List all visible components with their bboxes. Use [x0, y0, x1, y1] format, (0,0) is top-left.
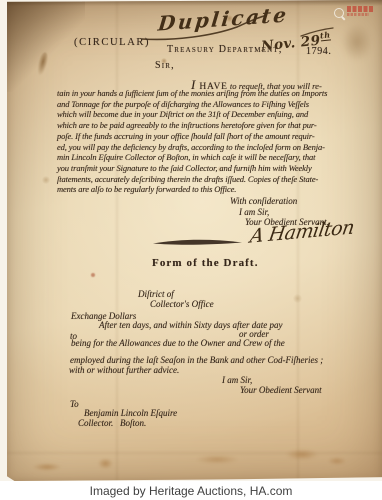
draft-to-label: To	[70, 399, 79, 409]
body-line: ments are alſo to be regularly forwarded…	[57, 184, 327, 195]
body-line: ſtatements, accurately deſcribing therei…	[57, 174, 327, 185]
closing-consideration: With conſideration	[230, 196, 297, 206]
stain	[196, 455, 238, 464]
body-line: poſe. If the funds accruing in your offi…	[57, 131, 327, 142]
stain	[328, 457, 346, 465]
stain	[341, 22, 373, 62]
body-line: min Lincoln Eſquire Collector of Boſton,…	[57, 152, 327, 163]
letter-body: tain in your hands a ſufficient ſum of t…	[57, 88, 327, 195]
body-line: you tranſmit your Signature to the ſaid …	[57, 163, 327, 174]
paper-top-edge-shadow	[7, 0, 382, 6]
circular-label: (CIRCULAR)	[74, 37, 150, 48]
signature-flourish-rule	[152, 238, 244, 248]
stain	[286, 449, 318, 460]
body-line: which are to be paid agreeably to the in…	[57, 120, 327, 131]
body-line: and Tonnage for the purpoſe of diſchargi…	[57, 99, 327, 110]
date-flourish-stroke	[300, 26, 334, 38]
duplicate-underline-swash	[140, 14, 266, 42]
draft-employed-line: employed during the laſt Seaſon in the B…	[70, 355, 323, 365]
stain	[293, 294, 302, 303]
draft-addressee-name: Benjamin Lincoln Eſquire	[84, 408, 177, 418]
stain	[98, 458, 113, 469]
photo-credit-text: Imaged by Heritage Auctions, HA.com	[90, 484, 293, 498]
stain	[42, 176, 50, 184]
draft-advice-line: with or without further advice.	[69, 365, 179, 375]
auction-photo: Duplicate (CIRCULAR) Treasury Department…	[0, 0, 382, 500]
salutation: Sir,	[155, 60, 175, 71]
draft-being-line: being for the Allowances due to the Owne…	[71, 338, 285, 348]
body-line: tain in your hands a ſufficient ſum of t…	[57, 88, 327, 99]
draft-servant: Your Obedient Servant	[240, 385, 322, 395]
body-line: which will become due in your Diſtrict o…	[57, 109, 327, 120]
draft-collectors-office: Collector's Office	[150, 299, 214, 309]
draft-heading: Form of the Draft.	[152, 257, 259, 269]
photo-credit-bar: Imaged by Heritage Auctions, HA.com	[0, 481, 382, 500]
site-watermark	[334, 6, 374, 19]
closing-i-am-sir: I am Sir,	[239, 207, 269, 217]
draft-addressee-title: Collector. Boſton.	[78, 418, 146, 428]
magnifier-icon	[334, 8, 345, 19]
body-line: ed, you will pay the deficiency by draft…	[57, 142, 327, 153]
draft-district-of: Diſtrict of	[138, 289, 174, 299]
year-printed: 1794.	[306, 46, 332, 57]
stain	[91, 273, 95, 277]
watermark-text-blocks	[347, 6, 374, 16]
fold-crease	[7, 452, 382, 454]
draft-i-am-sir: I am Sir,	[222, 375, 252, 385]
stain	[33, 463, 61, 471]
